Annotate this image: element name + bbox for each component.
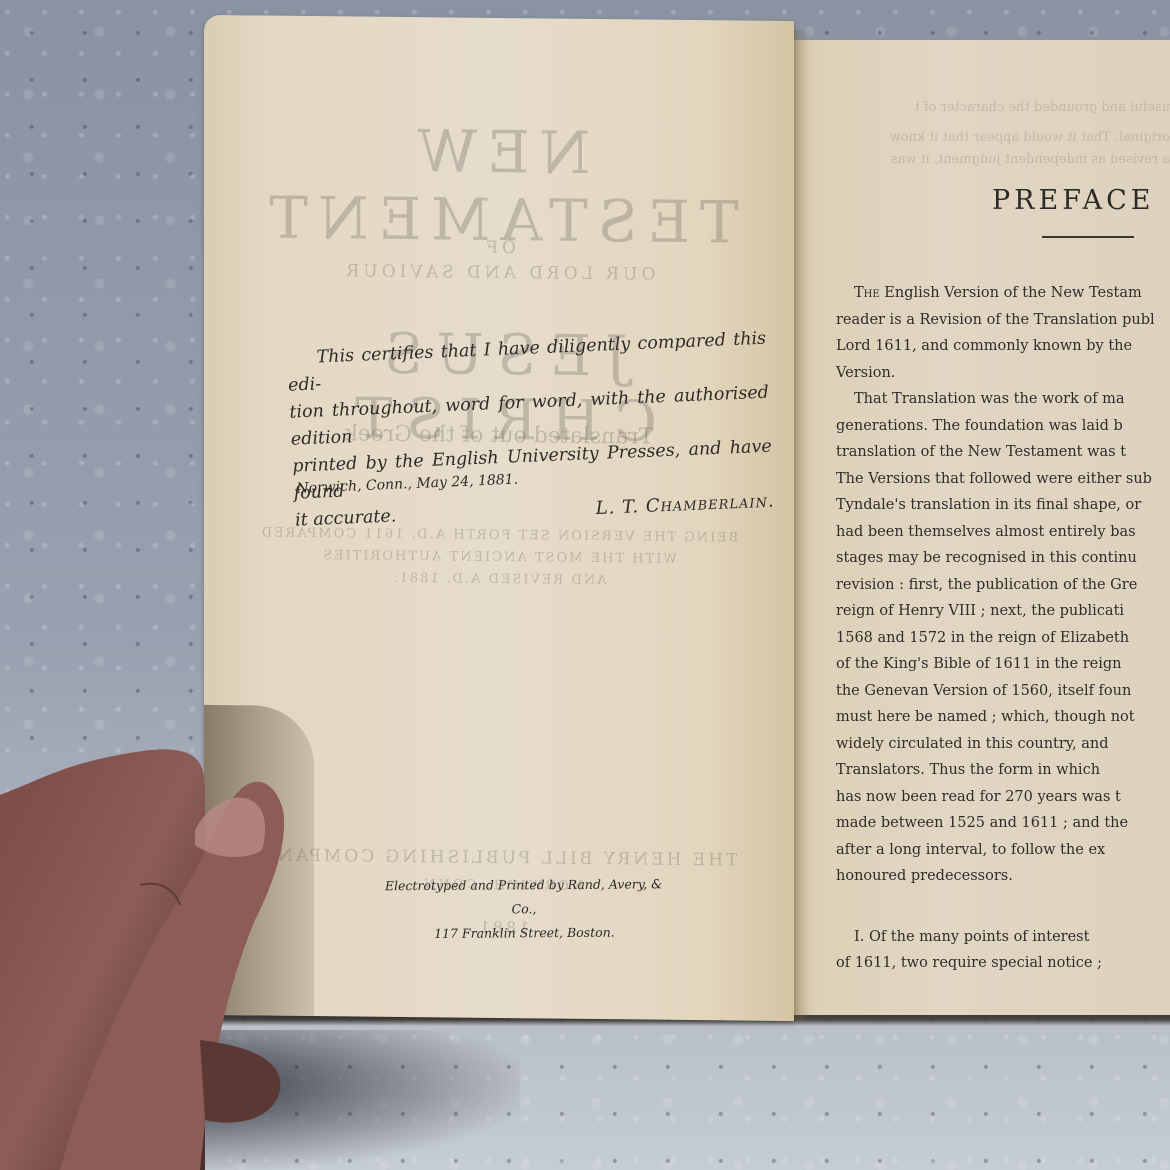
thumb-shadow: [204, 705, 314, 1016]
drop-word: The: [854, 285, 880, 301]
preface-line: widely circulated in this country, and: [836, 731, 1170, 758]
preface-line: made between 1525 and 1611 ; and the: [836, 810, 1170, 837]
preface-line: the Genevan Version of 1560, itself foun: [836, 678, 1170, 705]
left-page: NEW TESTAMENT OF OUR LORD AND SAVIOUR JE…: [204, 15, 794, 1021]
preface-line: reign of Henry VIII ; next, the publicat…: [836, 598, 1170, 625]
preface-line: must here be named ; which, though not: [836, 704, 1170, 731]
show-through-version: WITH THE MOST ANCIENT AUTHORITIES: [204, 547, 794, 568]
certificate-text: This certifies that I have diligently co…: [286, 326, 775, 535]
preface-heading: PREFACE: [992, 185, 1154, 216]
preface-line: reader is a Revision of the Translation …: [836, 307, 1170, 334]
show-through-lord: OUR LORD AND SAVIOUR: [204, 260, 794, 286]
preface-line: honoured predecessors.: [836, 863, 1170, 890]
certificate-line: it accurate.: [294, 503, 397, 534]
imprint-line: 117 Franklin Street, Boston.: [374, 920, 674, 946]
preface-line: The English Version of the New Testam: [836, 280, 1170, 307]
preface-line: after a long interval, to follow the ex: [836, 837, 1170, 864]
preface-line: Version.: [836, 360, 1170, 387]
preface-line: has now been read for 270 years was t: [836, 784, 1170, 811]
preface-line: Tyndale's translation in its final shape…: [836, 492, 1170, 519]
show-through-line: original. That it would appear that it k…: [830, 130, 1170, 145]
preface-line: 1568 and 1572 in the reign of Elizabeth: [836, 625, 1170, 652]
preface-body: The English Version of the New Testam re…: [836, 280, 1170, 977]
paragraph-gap: [836, 890, 1170, 924]
heading-rule: [1042, 236, 1134, 238]
show-through-version: BEING THE VERSION SET FORTH A.D. 1611 CO…: [204, 525, 794, 546]
right-page: useful and grounded the character of t o…: [790, 40, 1170, 1015]
preface-line: The Versions that followed were either s…: [836, 466, 1170, 493]
preface-line: Lord 1611, and commonly known by the: [836, 333, 1170, 360]
preface-line: of the King's Bible of 1611 in the reign: [836, 651, 1170, 678]
show-through-line: a revised as independent judgment, it wa…: [830, 152, 1170, 167]
text: English Version of the New Testam: [880, 285, 1142, 301]
preface-line: revision : first, the publication of the…: [836, 572, 1170, 599]
preface-line: had been themselves almost entirely bas: [836, 519, 1170, 546]
imprint-line: Electrotyped and Printed by Rand, Avery,…: [373, 872, 674, 922]
preface-line: stages may be recognised in this continu: [836, 545, 1170, 572]
hand-shadow: [0, 1030, 520, 1170]
show-through-version: AND REVISED A.D. 1881.: [204, 569, 794, 590]
printer-imprint: Electrotyped and Printed by Rand, Avery,…: [373, 872, 674, 946]
preface-line: generations. The foundation was laid b: [836, 413, 1170, 440]
preface-line: translation of the New Testament was t: [836, 439, 1170, 466]
preface-line: of 1611, two require special notice ;: [836, 950, 1170, 977]
preface-line: Translators. Thus the form in which: [836, 757, 1170, 784]
preface-line: That Translation was the work of ma: [836, 386, 1170, 413]
preface-line: I. Of the many points of interest: [836, 924, 1170, 951]
show-through-line: useful and grounded the character of t: [830, 100, 1170, 115]
